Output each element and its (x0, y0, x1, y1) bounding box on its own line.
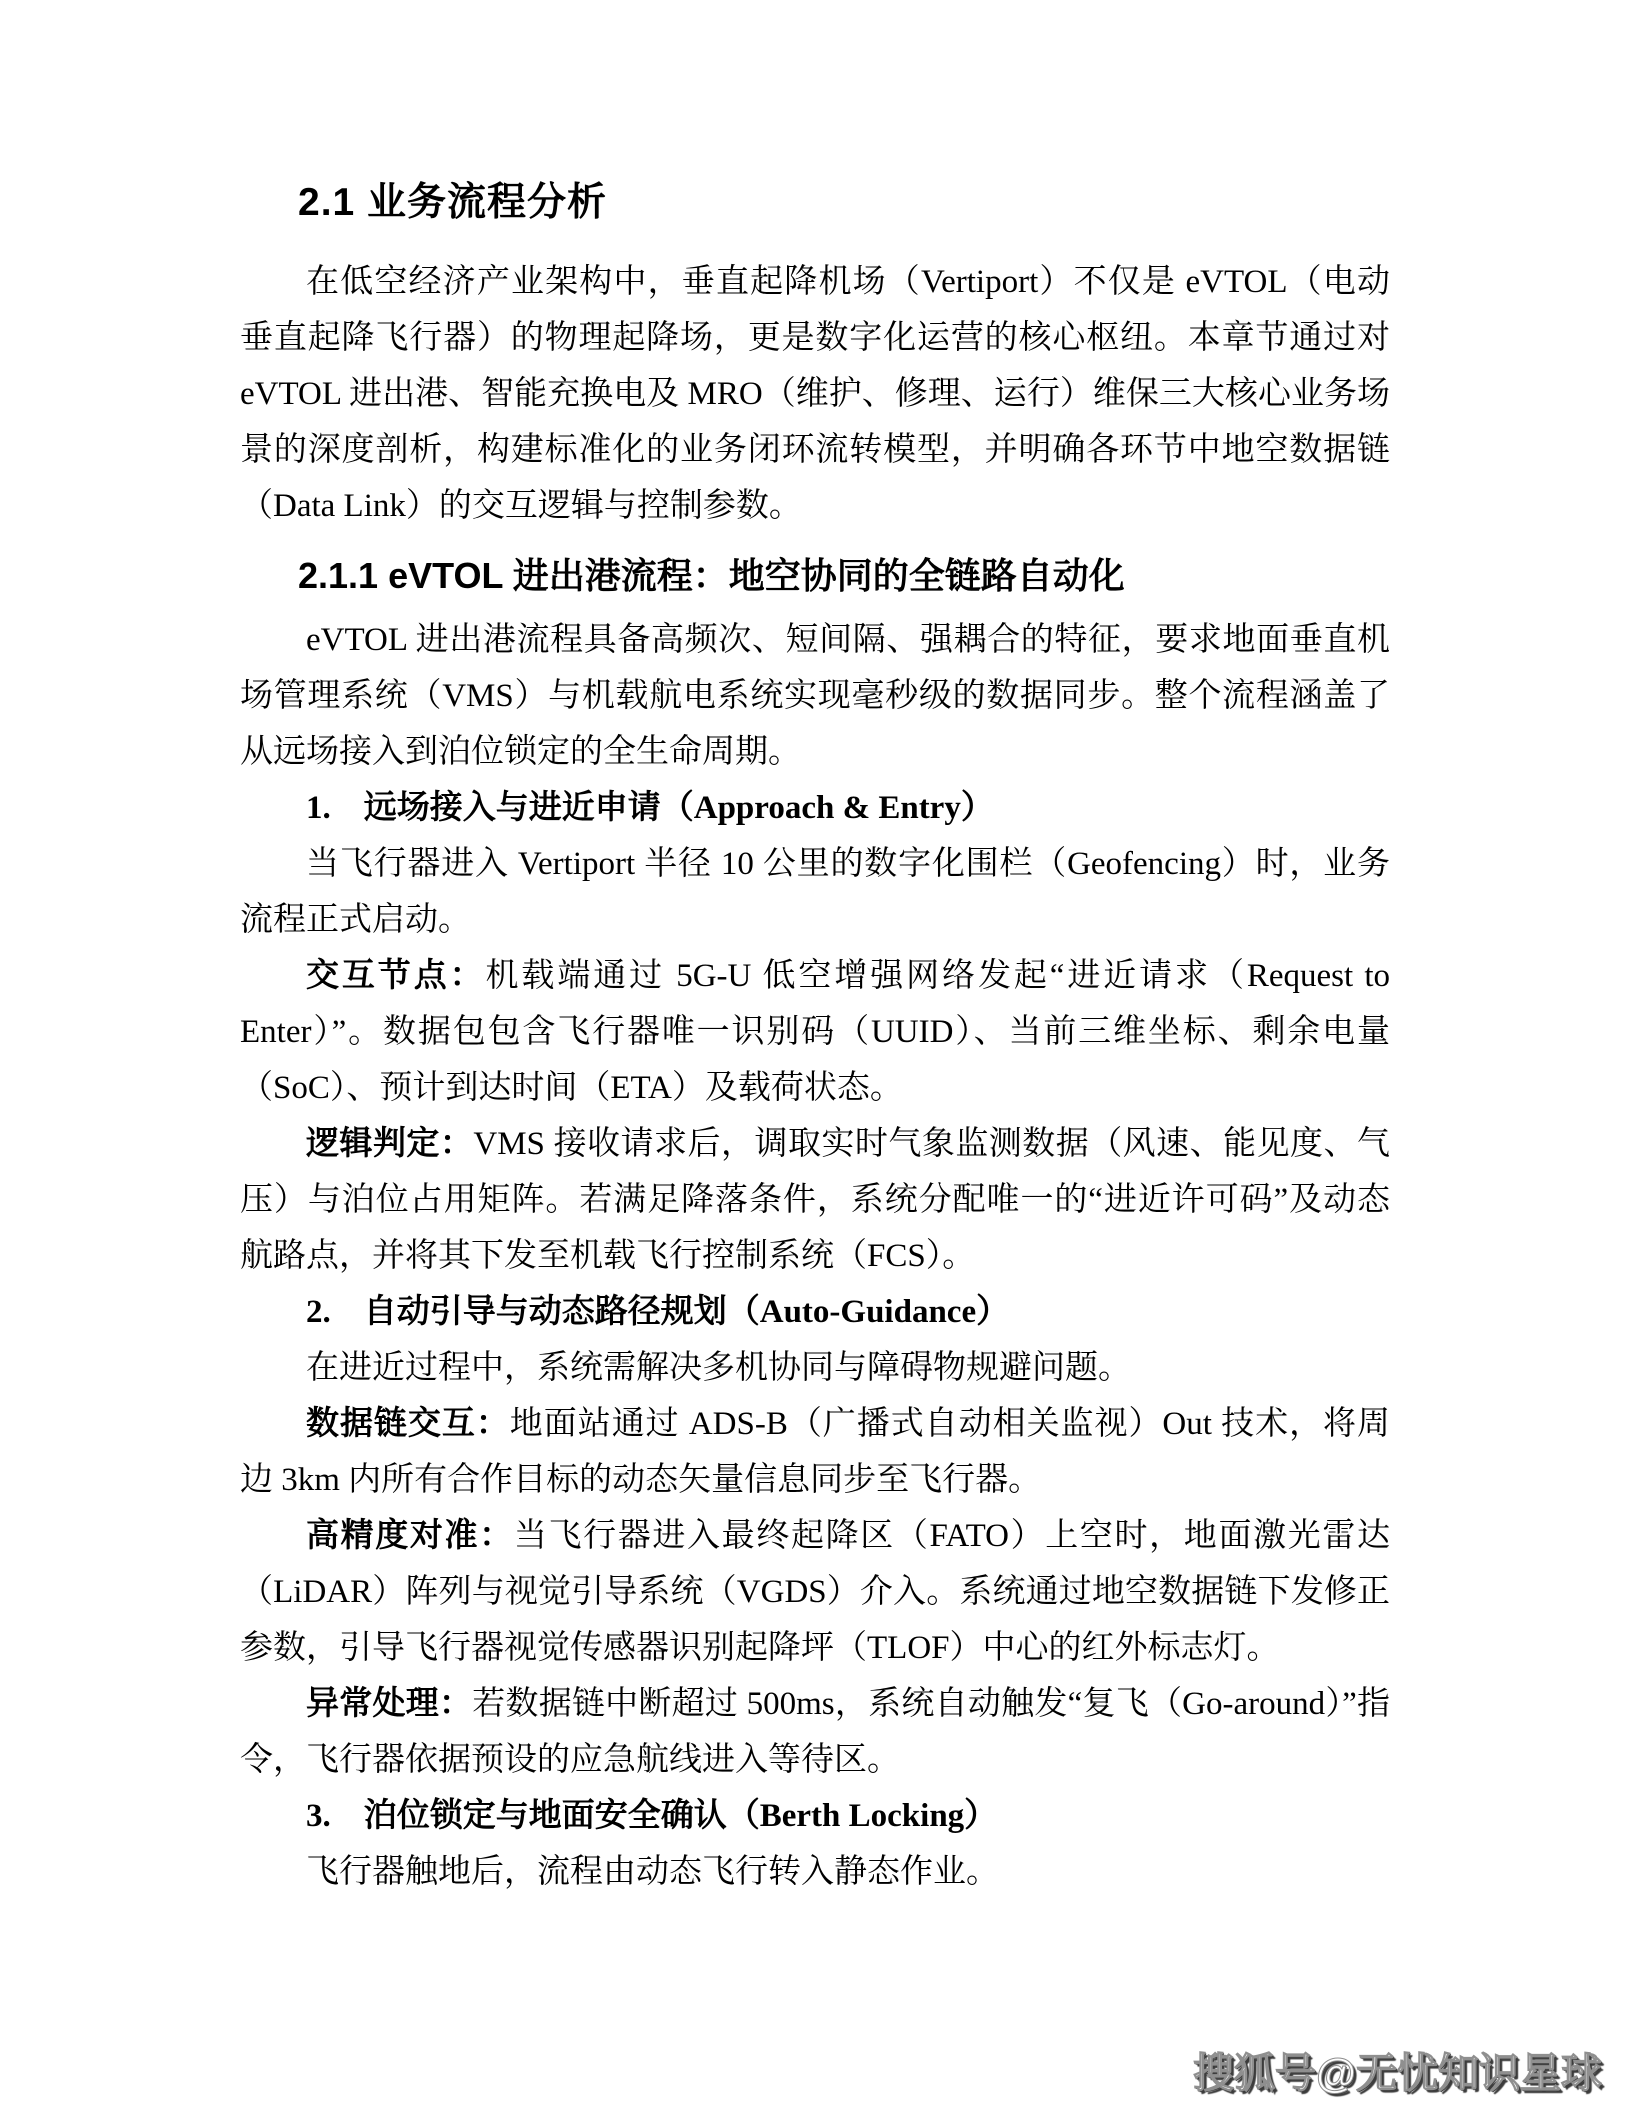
content: 2.1 业务流程分析 在低空经济产业架构中，垂直起降机场（Vertiport）不… (240, 178, 1390, 1900)
document-page: 2.1 业务流程分析 在低空经济产业架构中，垂直起降机场（Vertiport）不… (0, 0, 1632, 2112)
paragraph-label: 数据链交互： (306, 1406, 510, 1442)
paragraph: 数据链交互：地面站通过 ADS-B（广播式自动相关监视）Out 技术，将周边 3… (240, 1396, 1390, 1508)
subsection-intro-paragraph: eVTOL 进出港流程具备高频次、短间隔、强耦合的特征，要求地面垂直机场管理系统… (240, 612, 1390, 780)
paragraph-label: 逻辑判定： (306, 1126, 473, 1162)
paragraph: 飞行器触地后，流程由动态飞行转入静态作业。 (240, 1844, 1390, 1900)
paragraph-label: 异常处理： (306, 1686, 472, 1722)
paragraph: 高精度对准：当飞行器进入最终起降区（FATO）上空时，地面激光雷达（LiDAR）… (240, 1508, 1390, 1676)
item-2-heading: 2. 自动引导与动态路径规划（Auto-Guidance） (240, 1284, 1390, 1340)
intro-paragraph: 在低空经济产业架构中，垂直起降机场（Vertiport）不仅是 eVTOL（电动… (240, 254, 1390, 534)
paragraph: 当飞行器进入 Vertiport 半径 10 公里的数字化围栏（Geofenci… (240, 836, 1390, 948)
paragraph: 异常处理：若数据链中断超过 500ms，系统自动触发“复飞（Go-around）… (240, 1676, 1390, 1788)
paragraph: 在进近过程中，系统需解决多机协同与障碍物规避问题。 (240, 1340, 1390, 1396)
item-3-heading: 3. 泊位锁定与地面安全确认（Berth Locking） (240, 1788, 1390, 1844)
section-title: 2.1 业务流程分析 (240, 178, 1390, 228)
paragraph-label: 交互节点： (306, 958, 486, 994)
paragraph-text: eVTOL 进出港流程具备高频次、短间隔、强耦合的特征，要求地面垂直机场管理系统… (240, 622, 1390, 770)
paragraph: 逻辑判定：VMS 接收请求后，调取实时气象监测数据（风速、能见度、气压）与泊位占… (240, 1116, 1390, 1284)
subsection-title: 2.1.1 eVTOL 进出港流程：地空协同的全链路自动化 (240, 548, 1390, 604)
paragraph: 交互节点：机载端通过 5G-U 低空增强网络发起“进近请求（Request to… (240, 948, 1390, 1116)
paragraph-text: 飞行器触地后，流程由动态飞行转入静态作业。 (306, 1854, 999, 1890)
paragraph-text: 当飞行器进入 Vertiport 半径 10 公里的数字化围栏（Geofenci… (240, 846, 1390, 938)
paragraph-text: 在低空经济产业架构中，垂直起降机场（Vertiport）不仅是 eVTOL（电动… (240, 264, 1390, 524)
paragraph-label: 高精度对准： (306, 1518, 514, 1554)
item-1-heading: 1. 远场接入与进近申请（Approach & Entry） (240, 780, 1390, 836)
sohu-watermark: 搜狐号@无忧知识星球 (1193, 2050, 1602, 2096)
paragraph-text: 在进近过程中，系统需解决多机协同与障碍物规避问题。 (306, 1350, 1131, 1386)
